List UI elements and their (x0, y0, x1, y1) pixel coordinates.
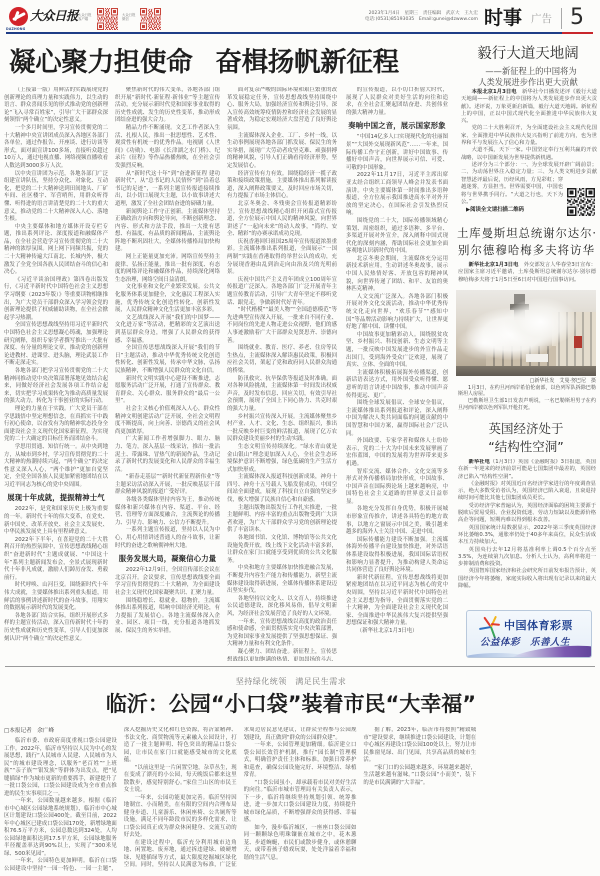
feature-headline[interactable]: 毅行大道天地阔 (458, 45, 598, 63)
subheading: 服务发展大局，凝聚信心力量 (115, 554, 220, 563)
paragraph: 庆祝中国共产主义青年团成立100周年宣传报道广泛深入。各地各部门广泛开展青年主题… (227, 277, 337, 307)
paragraph: 庆祝香港回归祖国25周年宣传报道浓墨重彩。主流媒体推出系列报道，全面展示“一国两… (227, 239, 337, 277)
qr-code-app (97, 8, 118, 30)
paragraph: 临沂市委、市政府高度重视口袋公园建设工作。2022年，临沂市坚持以人民为中心的发… (4, 738, 117, 798)
paragraph: 大道不孤，天下一家。中国坚定奉行互利共赢的开放战略，以中国新发展为世界提供新机遇… (461, 147, 597, 162)
news-photo-demolition-smoke (456, 290, 596, 376)
dateline: 新华社北京1月3日电 (469, 262, 519, 268)
paragraph: 各地各部门把学习宣传贯彻党的二十大精神同推动党中央决策部署落地见效结合起来，同做… (4, 368, 108, 406)
article-column-4: 的宣传报道，以小切口折射大时代，展现了人民群众对美好生活的向往和追求，在全社会汇… (346, 87, 448, 661)
visit-body: 新华社北京1月3日电 外交部发言人华春莹3日宣布：应国家主席习近平邀请，土库曼斯… (458, 262, 596, 284)
paragraph: 智库交流、媒体合作、文化交流等多形式对外传播格局加快形成，中国故事、中国声音在国… (346, 469, 448, 507)
paragraph: 受访经济学家普遍认为，英国经济面临的困境主要源于脱欧后贸易受阻、企业投资低迷、劳… (458, 503, 596, 525)
paragraph: 新闻舆论工作守正创新。主流媒体坚持正确政治方向和舆论导向，不断创新理念、内容、形… (115, 209, 220, 255)
qr-code-icon (140, 8, 161, 30)
logo-subtext: DAZHONG (6, 27, 26, 31)
headline-part-1: 凝心聚力担使命 (9, 47, 192, 78)
article-column-1: （上接第一版）用鲜活的实践展现党的创新理论的真理力量和实践伟力，以生动的语言、群… (4, 87, 108, 661)
feature-qr-code (567, 188, 595, 216)
paragraph: 中国故事更加精彩动人。围绕脱贫攻坚、乡村振兴、科技创新、生态文明等主题，一批反映… (346, 332, 448, 370)
headline-part-2: 奋楫扬帆新征程 (215, 47, 398, 78)
paragraph: 主流媒体积极拓展海外传播渠道，创新话语表达方式，用外国受众听得懂、愿意听的语言讲… (346, 370, 448, 400)
paragraph: 主流媒体深入企业、工厂、乡村一线，以生动事例展现各地各部门抓发展、保民生的务实举… (227, 133, 337, 171)
dateline: 新华社电 (469, 459, 490, 465)
paragraph: 面对复杂严峻的国际环境和艰巨繁重的改革发展稳定任务，宣传思想战线坚持围绕中心、服… (227, 87, 337, 133)
paragraph: 本报北京1月3日电 新华社今日播发述评《毅行大道天地阔——新征程上的中国将为人类… (461, 89, 597, 125)
paragraph: 英国国家统计局数据显示，2022年第三季度英国经济环比萎缩0.3%，通胀率仍处于… (458, 525, 596, 547)
dateline: 本报北京1月3日电 (472, 89, 517, 95)
dazhong-logo-icon (9, 7, 28, 26)
photo-credit: □新华社发 艾曼·努巴尼 摄 (458, 378, 596, 385)
qr-code-wechat (140, 8, 161, 30)
paragraph: 2022年11月17日，习近平主席出席亚太经合组织工商领导人峰会并发表书面演讲。… (346, 172, 448, 218)
paragraph: 述评最后说，历经风雨，方见彩虹；穿越迷雾，方显担当。世界需要中国，中国也将与世界… (461, 177, 563, 206)
paragraph: “以前这里是一片闲置空地，杂草丛生，现在变成了漂亮的小公园，每天晚饭后都来这里散… (124, 765, 237, 795)
paragraph: 聚焦新时代的伟大变革，各地各部门组织开展“新时代·新征程·新伟业”等主题宣传活动… (115, 87, 220, 125)
paragraph: 一年来，宣传思想战线以高度的政治责任感和使命感，全面贯彻落实党中央决策部署，为党… (227, 619, 337, 649)
paragraph: 2022年，是党和国家历史上极为重要的一年。新时代十年的伟大变革，在党史、新中国… (4, 506, 108, 536)
lottery-ad: 中国体育彩票 公益体彩 乐善人生 (466, 610, 592, 658)
paragraph: 党的二十大胜利召开，为全面建设社会主义现代化国家、全面推进中华民族伟大复兴指明了… (461, 125, 597, 147)
paragraph: “口袋公园虽小，却承载着市民对美好生活的向往。”临沂市城市管理局有关负责人表示，… (244, 780, 357, 825)
photo-smoke-2 (504, 298, 578, 346)
qr-label-line: 微信 (122, 17, 136, 21)
paragraph: 新时代新征程，宣传思想战线将更加紧密地团结在以习近平同志为核心的党中央周围，坚持… (346, 575, 448, 628)
paragraph: 从“新时代这十年”到“奋进新征程 建功新时代”，从“总书记的人民情怀”到“沿着总… (115, 171, 220, 209)
paragraph: 英国智库国家经济和社会研究所日前发布报告预计，英国经济今年将萎缩，家庭实际收入将… (458, 568, 596, 590)
header-rule (6, 32, 562, 34)
paragraph: “家门口的公园越来越多，环境越来越好，生活越来越有滋味。”口袋公园“小而美”，装… (363, 765, 476, 788)
paragraph: （上接第一版）用鲜活的实践展现党的创新理论的真理力量和实践伟力，以生动的语言、群… (4, 87, 108, 125)
uk-headline-line-1[interactable]: 英国经济处于 (458, 420, 594, 438)
bottom-headline[interactable]: 临沂：公园“小口袋”装着市民“大幸福” (0, 689, 582, 719)
paragraph: 凝心聚力、团结奋进。新征程上，宣传思想战线以更加饱满的热情、更加昂扬的斗志，书写… (227, 649, 337, 661)
paragraph: 主题出版物出版发行工作扎实推进，一批主题鲜明、内容丰富的重点出版物受到广大读者欢… (227, 505, 337, 535)
paragraph: “新春走基层”“新时代新征程新伟业”等主题采访活动深入开展，一批反映基层干部群众… (115, 474, 220, 497)
paragraph: 各地各部门结合实际，组织开展形式多样的主题宣传活动，深入宣传新时代十年的历史性成… (4, 613, 108, 643)
paragraph: 社会主义核心价值观深入人心，群众性精神文明创建活动广泛开展，全社会文明程度不断提… (115, 406, 220, 436)
paragraph: 的宣传报道，以小切口折射大时代，展现了人民群众对美好生活的向往和追求，在全社会汇… (346, 87, 448, 117)
byline: □本报记者 余广峰 (4, 727, 117, 735)
paragraph: 2022年下半年，在喜迎党的二十大胜利召开的热烈氛围中，宣传思想战线精心组织“奋… (4, 537, 108, 583)
paragraph: 据了解，2023年，临沂市将按照“精致城市”建设要求，继续推进口袋公园建设，计划… (363, 727, 476, 765)
paragraph: 《金融时报》对英国近百名经济学家进行的年度调查显示，绝大多数受访者认为，英国经济… (458, 481, 596, 503)
qr-code-icon (97, 8, 118, 30)
newspaper-name: 大众日报 (30, 7, 78, 25)
feature-subtitle-1: ——新征程上的中国将为 (470, 66, 592, 76)
paragraph: 文化事业和文化产业繁荣发展。公共文化服务体系更加健全，文化惠民工程深入实施，优秀… (115, 284, 220, 314)
qr-label-app: 大众日报 客户端 (78, 13, 92, 22)
paragraph: 主流媒体深入报道科技创新成果，神舟十四号、神舟十五号载人飞船发射成功，中国空间站… (227, 474, 337, 504)
paragraph: 2022年12月9日，全国宣传部长会议在北京召开。会议要求，宣传思想战线要全面学… (115, 567, 220, 597)
photo-caption-line: 巴勒斯坦卫生部1日发表声明说，一名巴勒斯坦男子在约旦河西岸被以色列军队开枪打死。 (458, 398, 596, 411)
paragraph: 网上正能量更加充沛。网络宣传坚持主旋律、弘扬正能量，推出一批有深度、有态度的网络… (115, 254, 220, 284)
photo-red-detail (574, 336, 582, 348)
paragraph: 中央和地方主要媒体加快推进融合发展，不断提升内容生产能力和传播能力，新型主流媒体… (227, 565, 337, 595)
uk-body: 新华社电（1月3日）英国《金融时报》3日报道，英国在新一年迎来的经济前景可能是七… (458, 459, 596, 605)
paragraph: 文艺战线深入开展“我们的中国梦——文化进万家”等活动，把精彩的文艺演出送到基层群… (115, 315, 220, 345)
paragraph: 以中央宣讲团为示范，各地各部门广泛组建宣讲队伍，坚持分众化、对象化、互动化，把党… (4, 171, 108, 224)
photo-caption-line: 1月3日，在约旦河西岸希伯伦南部，以色列军队拆除巴勒斯坦人房屋。 (458, 385, 596, 398)
paragraph: 英国央行去年12月将基准利率上调0.5个百分点至3.5%，为连续第九次加息。分析… (458, 547, 596, 569)
paragraph: 北京冬奥会期间，主流媒体充分运用新技术新应用，生动讲述冬奥故事，展示中国人民热情… (346, 256, 448, 294)
paragraph: 新时代文明实践中心建设不断推进，志愿服务活动广泛开展，打通了宣传群众、教育群众、… (115, 376, 220, 406)
paragraph: 外国政要、专家学者和媒体人士纷纷表示，党的二十大为中国未来发展擘画了宏伟蓝图，中… (346, 438, 448, 468)
lottery-star-icon (481, 617, 501, 637)
paragraph: 国际传播能力建设不断加强。主流媒体海外传播平台建设加快推进，对外话语体系建设取得… (346, 537, 448, 575)
photo-ground (456, 366, 596, 376)
bottom-article-body: □本报记者 余广峰 临沂市委、市政府高度重视口袋公园建设工作。2022年，临沂市… (4, 727, 596, 876)
article-column-3: 面对复杂严峻的国际环境和艰巨繁重的改革发展稳定任务，宣传思想战线坚持围绕中心、服… (227, 87, 337, 661)
paragraph: 精品力作不断涌现。文艺工作者深入生活、扎根人民，推出一批思想性、艺术性、观赏性有… (115, 125, 220, 171)
paragraph: 时代呼唤、山河巨变。围绕新时代十年伟大成就，主要媒体推出系列重头报道，用鲜活的事… (4, 582, 108, 612)
uk-headline-line-2[interactable]: “结构性空洞” (458, 438, 594, 456)
photo-caption: □新华社发 艾曼·努巴尼 摄 1月3日，在约旦河西岸希伯伦南部，以色列军队拆除巴… (458, 378, 596, 412)
main-headline[interactable]: 凝心聚力担使命奋楫扬帆新征程 (9, 45, 399, 81)
paragraph: 各地充分发挥自身优势，积极开展城市形象宣传推介，讲述各具特色的地方故事，以地方之… (346, 506, 448, 536)
paragraph: 全国宣传思想战线坚持用习近平新时代中国特色社会主义思想凝心铸魂，加强理论研究阐释… (4, 322, 108, 368)
paragraph: 防汛救灾、抗旱保供等报道及时准确。面对各种风险挑战，主流媒体第一时间发出权威声音… (227, 376, 337, 414)
qr-code-icon (567, 188, 595, 216)
subheading: 展现十年成就，提振精神士气 (4, 493, 108, 502)
paragraph: 经济宣传有力有效。围绕稳经济一揽子政策和接续政策措施，主要媒体推出系列解读报道，… (227, 171, 337, 201)
paragraph: 如今，漫步临沂城区，一座座口袋公园如同一颗颗绿色明珠镶嵌在城市之中，花木葱茏、步… (244, 825, 357, 863)
feature-subtitle-2: 人类发展进步作出更大贡献 (462, 77, 594, 87)
issue-info: 2023年1月4日 星期三 责任编辑 武京大 王九宏 电话:(0531)8519… (330, 11, 478, 23)
paragraph: 围绕全球发展倡议、全球安全倡议，主流媒体推出系列报道和评论，深入阐释中国为解决人… (346, 400, 448, 438)
paragraph: 各地图书馆、文化馆、博物馆等公共文化设施免费开放，线上线下文化活动丰富多彩，让群… (227, 535, 337, 565)
page-number-underline (562, 32, 593, 34)
section-title: 时事 (484, 5, 522, 31)
bottom-article-paragraphs: 临沂市委、市政府高度重视口袋公园建设工作。2022年，临沂市坚持以人民为中心的发… (4, 727, 476, 876)
paragraph: 一系列主题宣传报道，坚持以人民为中心，用心用情讲述普通人的奋斗故事，让新时代的奋… (115, 527, 220, 550)
paragraph: 广大新闻工作者增强脚力、眼力、脑力、笔力，深入基层一线采访，推出一批沾泥土、带露… (115, 436, 220, 474)
page-number: 5 (570, 4, 584, 32)
article-column-2: 聚焦新时代的伟大变革，各地各部门组织开展“新时代·新征程·新伟业”等主题宣传活动… (115, 87, 220, 661)
paragraph: 理论的力量在于实践。广大党员干部在学思践悟中坚定理想信念，在真抓实干中践行初心使… (4, 406, 108, 444)
photo-white-roof (526, 354, 548, 362)
paragraph: “时代楷模”“最美人物”“全国道德模范”等先进典型宣传深入开展，一批来自不同行业… (227, 307, 337, 345)
visit-headline-line-1[interactable]: 土库曼斯坦总统谢尔达尔· (457, 225, 596, 242)
feature-body: 本报北京1月3日电 新华社今日播发述评《毅行大道天地阔——新征程上的中国将为人类… (461, 89, 597, 184)
ad-brand: 中国体育彩票 (504, 619, 573, 633)
paragraph: 围绕党的二十大，国际传播领域精心策划、周密组织，通过多语种、多平台、多渠道开展对… (346, 218, 448, 256)
paragraph: 北京冬奥会、冬残奥会宣传报道精彩纷呈。宣传思想战线精心组织开闭幕式宣传报道，全方… (227, 201, 337, 239)
header-divider (561, 8, 562, 29)
paragraph: 一年来，公园数量越来越多。根据《临沂市中心城区公园绿地系统规划》，临沂市中心城区… (4, 798, 117, 858)
section-subtitle: 广告 (531, 11, 552, 27)
paragraph: 围绕稳增长、稳就业、稳物价，主流媒体推出系列报道，唱响中国经济光明论，有力提振了… (115, 598, 220, 636)
contact-line: 电话:(0531)85193035 Email:gunei@dzwww.com (330, 17, 478, 23)
photo-smoke-3 (456, 326, 512, 360)
paragraph: （新华社北京1月3日电） (346, 628, 448, 636)
paragraph: 人文交流广泛深入。各地各部门积极开展对外文化交流活动，推动中华优秀传统文化走向世… (346, 294, 448, 332)
read-more-cta: ▶阅读全文请扫描二维码 (466, 207, 524, 214)
paragraph: 各级各类媒体坚持内容为王，推动传统媒体和新兴媒体在内容、渠道、平台、经营、管理等… (115, 497, 220, 527)
section-divider (5, 666, 595, 667)
bottom-kicker: 坚持绿化统领 满足民生需求 (0, 676, 582, 687)
paragraph: 一年来，公园管理更加精细。临沂建立口袋公园长效管护机制，推行“园长制”管理模式，… (244, 742, 357, 780)
paragraph: 学思用贯通、知信行统一。从中央到地方，从城市到乡村，学习宣传贯彻党的二十大精神的… (4, 444, 108, 490)
paragraph: 中央主要媒体和地方媒体开设专栏专题，推出系列评论、深度报道和融媒体产品，在全社会… (4, 224, 108, 277)
paragraph: “中国14亿多人口实现现代化的壮丽图景”“大国外交展现新风范”……一年来，国际传… (346, 134, 448, 172)
paragraph: 生态文明宣传持续深化。“绿水青山就是金山银山”理念更加深入人心，全社会生态环境保… (227, 444, 337, 474)
paragraph: 乡村振兴宣传深入开展。主流媒体聚焦乡村产业、人才、文化、生态、组织振兴，推出一批… (227, 414, 337, 444)
subheading: 奏响中国之音，展示国家形象 (346, 121, 448, 130)
feature-closing: 述评最后说，历经风雨，方见彩虹；穿越迷雾，方显担当。世界需要中国，中国也将与世界… (461, 177, 563, 206)
visit-headline-line-2[interactable]: 别尔德穆哈梅多夫将访华 (458, 242, 594, 259)
paragraph: 一年来，公园功能更加完善。临沂坚持因地制宜、小而精美，在有限的空间内合理布局健身… (124, 795, 237, 840)
paragraph: 各地坚持以文化人、以文育人，持续推进公民道德建设，深化移风易俗，倡导文明新风，为… (227, 596, 337, 619)
paragraph: 全国宣传思想战线深入开展“我们的节日”主题活动，推动中华优秀传统文化创造性转化、… (115, 345, 220, 375)
qr-label-wechat: 大众日报 微信 (122, 13, 136, 22)
paragraph: 《习近平谈治国理政》第四卷出版发行，《习近平新时代中国特色社会主义思想学习纲要（… (4, 277, 108, 323)
paragraph: 新华社电（1月3日）英国《金融时报》3日报道，英国在新一年迎来的经济前景可能是七… (458, 459, 596, 481)
qr-label-line: 客户端 (78, 17, 92, 21)
paragraph: 新华社北京1月3日电 外交部发言人华春莹3日宣布：应国家主席习近平邀请，土库曼斯… (458, 262, 596, 284)
paragraph: 围绕就业、教育、医疗、养老、住房等民生热点，主流媒体深入解读惠民政策，积极回应社… (227, 345, 337, 375)
paragraph: 一个多月时间里，学习宣传贯彻党的二十大精神中央宣讲团成员深入各地区各部门各单位，… (4, 125, 108, 171)
